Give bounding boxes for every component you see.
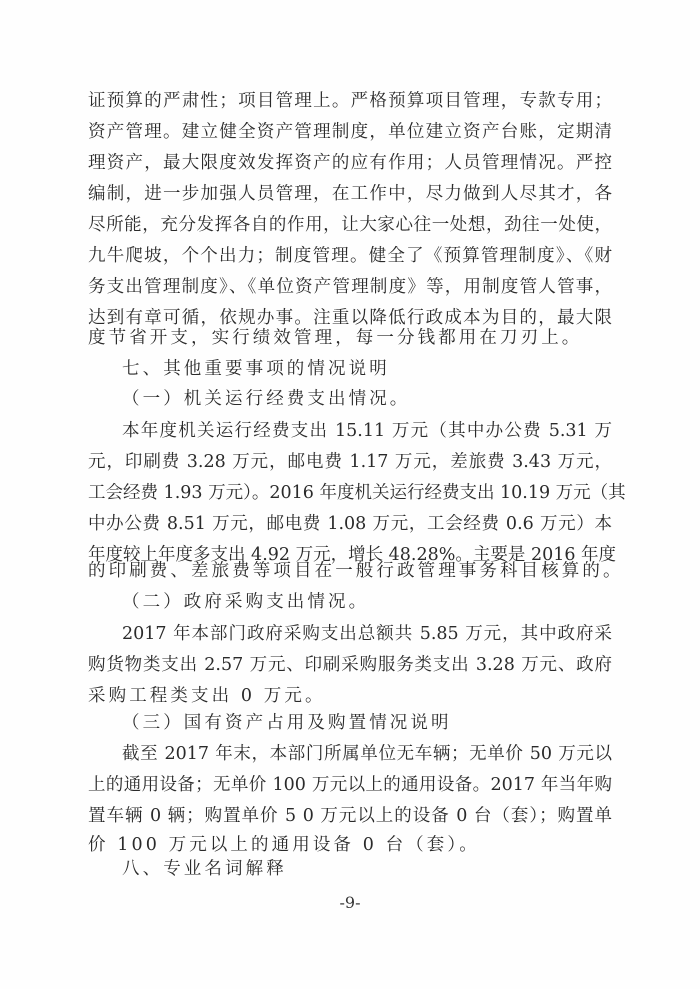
paragraph-line: 编制，进一步加强人员管理，在工作中，尽力做到人尽其才，各 [88,182,612,206]
paragraph-line: 购货物类支出 2.57 万元、印刷采购服务类支出 3.28 万元、政府 [88,653,612,677]
paragraph-line: 度节省开支，实行绩效管理，每一分钱都用在刀刃上。 [88,326,612,350]
paragraph-line: 工会经费 1.93 万元）。2016 年度机关运行经费支出 10.19 万元（其 [88,481,612,505]
page-number: -9- [0,893,700,913]
paragraph-line: 本年度机关运行经费支出 15.11 万元（其中办公费 5.31 万 [122,419,612,443]
paragraph-line: 上的通用设备；无单价 100 万元以上的通用设备。2017 年当年购 [88,773,612,797]
paragraph-line: 2017 年本部门政府采购支出总额共 5.85 万元，其中政府采 [122,622,612,646]
paragraph-line: 截至 2017 年末，本部门所属单位无车辆；无单价 50 万元以 [122,742,612,766]
paragraph-line: 尽所能，充分发挥各自的作用，让大家心往一处想，劲往一处使， [88,213,612,237]
paragraph-line: 的印刷费、差旅费等项目在一般行政管理事务科目核算的。 [88,559,612,583]
subsection-heading-3: （三）国有资产占用及购置情况说明 [122,711,612,735]
paragraph-line: 元，印刷费 3.28 万元，邮电费 1.17 万元，差旅费 3.43 万元， [88,450,612,474]
subsection-heading-1: （一）机关运行经费支出情况。 [122,387,612,411]
paragraph-line: 理资产，最大限度效发挥资产的应有作用；人员管理情况。严控 [88,151,612,175]
subsection-heading-2: （二）政府采购支出情况。 [122,590,612,614]
paragraph-line: 采购工程类支出 0 万元。 [88,684,612,708]
paragraph-line: 置车辆 0 辆；购置单价 5 0 万元以上的设备 0 台（套）；购置单 [88,804,612,828]
paragraph-line: 九牛爬坡，个个出力；制度管理。健全了《预算管理制度》、《财 [88,244,612,268]
document-page: 证预算的严肃性；项目管理上。严格预算项目管理，专款专用； 资产管理。建立健全资产… [0,0,700,989]
section-heading-7: 七、其他重要事项的情况说明 [122,357,612,381]
paragraph-line: 资产管理。建立健全资产管理制度，单位建立资产台账，定期清 [88,120,612,144]
paragraph-line: 务支出管理制度》、《单位资产管理制度》等，用制度管人管事， [88,275,612,299]
paragraph-line: 价 100 万元以上的通用设备 0 台（套）。 [88,833,612,857]
paragraph-line: 证预算的严肃性；项目管理上。严格预算项目管理，专款专用； [88,89,612,113]
paragraph-line: 中办公费 8.51 万元，邮电费 1.08 万元，工会经费 0.6 万元）本 [88,512,612,536]
section-heading-8: 八、专业名词解释 [122,857,612,881]
